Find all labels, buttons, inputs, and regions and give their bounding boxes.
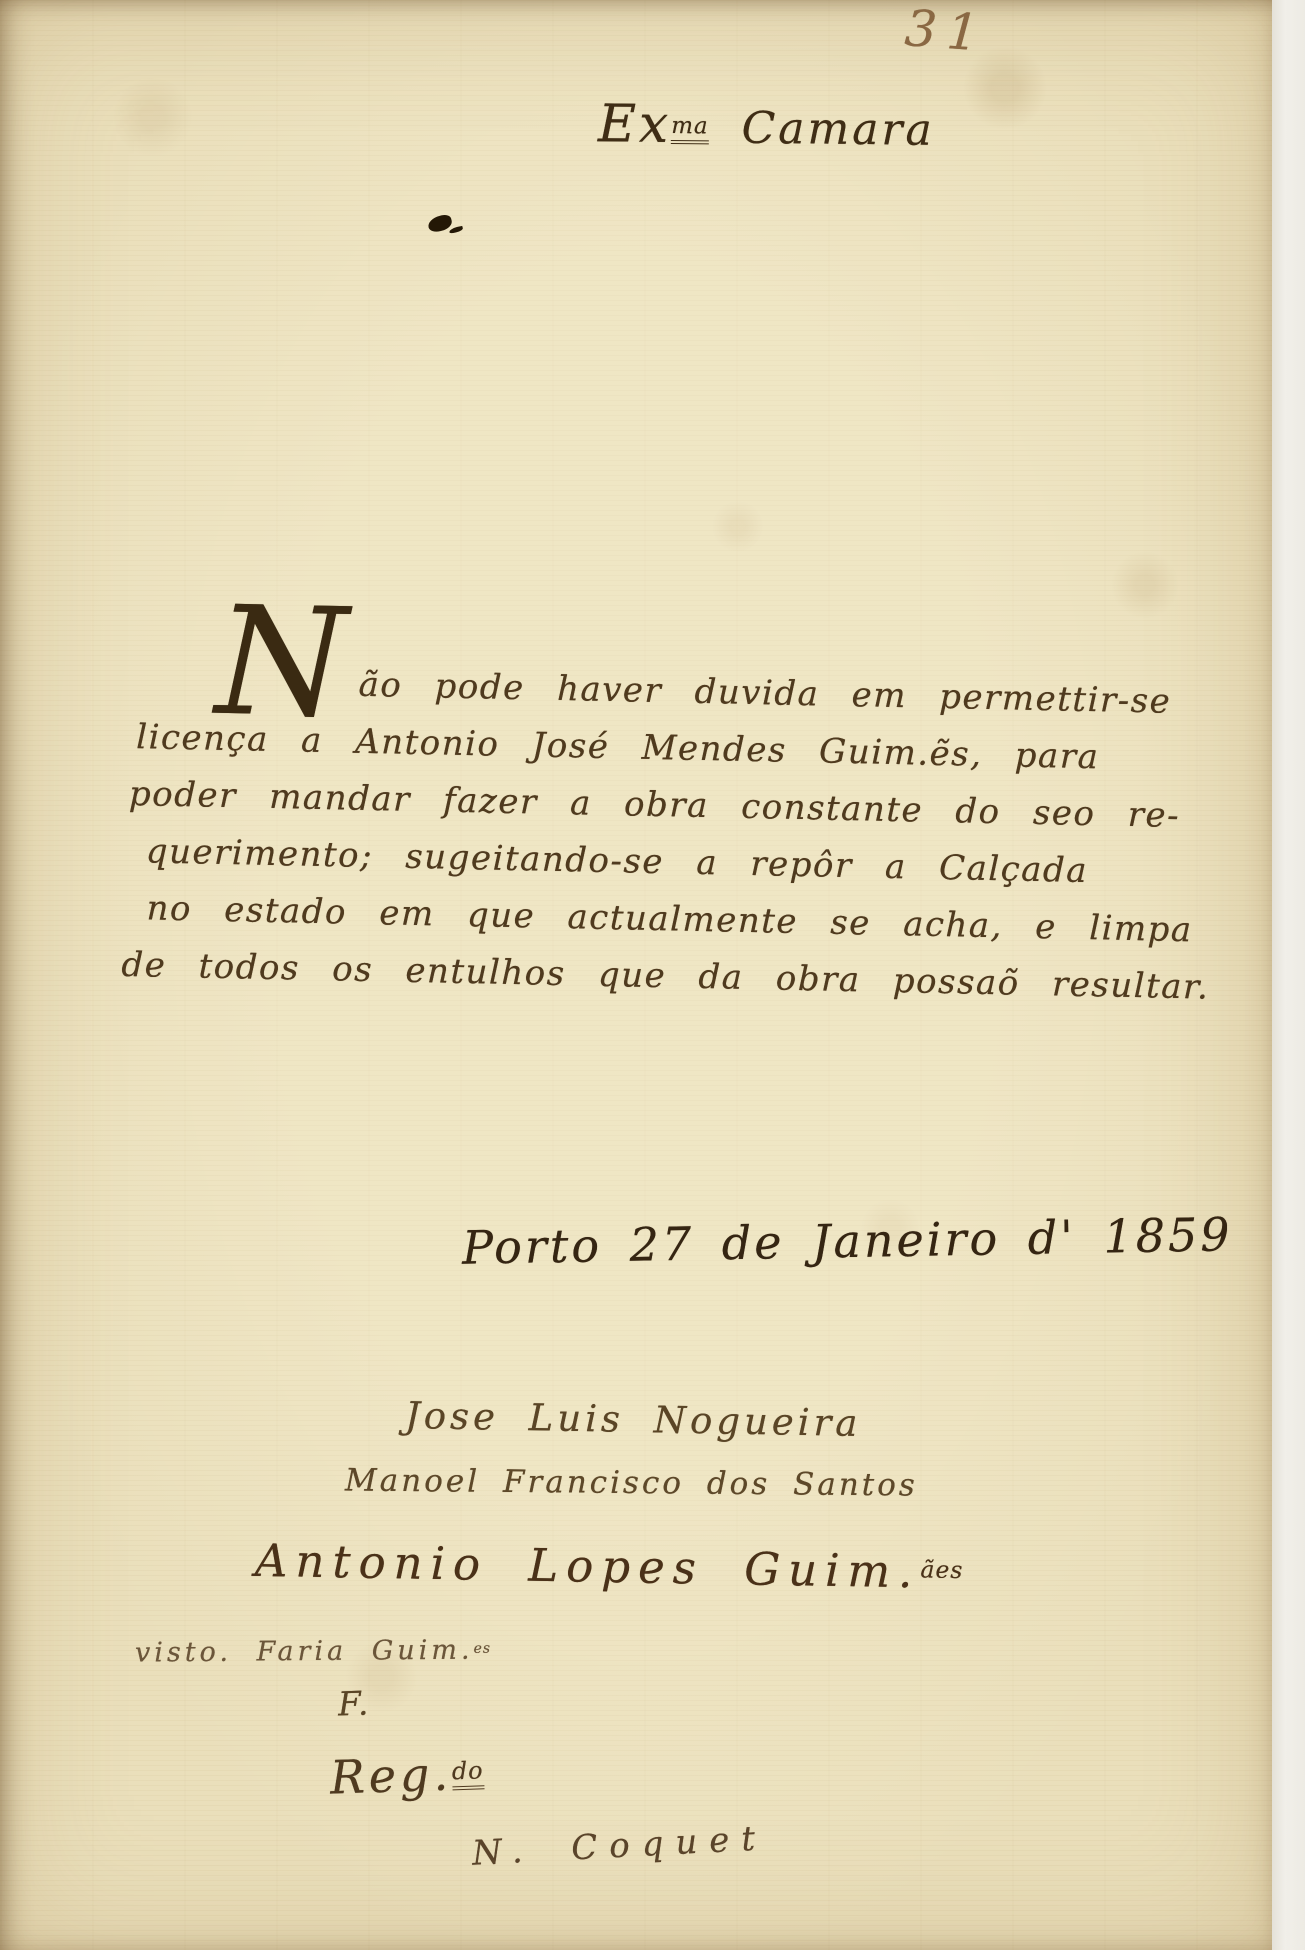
- signature-antonio: Antonio Lopes Guim.ães: [255, 1534, 964, 1599]
- registered-main: Reg.: [329, 1746, 453, 1804]
- body-paragraph: Não pode haver duvida em permettir-se li…: [125, 652, 1092, 1014]
- salutation-abbrev: Ex: [598, 94, 672, 155]
- signature-nogueira: Jose Luis Nogueira: [405, 1394, 862, 1445]
- signature-coquet: N. Coquet: [471, 1818, 768, 1873]
- signature-antonio-main: Antonio Lopes Guim.: [255, 1534, 921, 1599]
- dateline: Porto 27 de Janeiro d' 1859: [462, 1207, 1233, 1274]
- page-number: 31: [903, 0, 990, 63]
- signature-antonio-superscript: ães: [920, 1555, 963, 1584]
- visto-annotation: visto. Faria Guim.es: [135, 1634, 491, 1668]
- ink-blot-mark: [427, 213, 454, 233]
- registered-annotation: Reg.do: [329, 1745, 484, 1804]
- registered-superscript: do: [451, 1756, 484, 1790]
- manuscript-page: 31 Exma Camara Não pode haver duvida em …: [0, 0, 1272, 1950]
- scan-background-strip: [1272, 0, 1305, 1950]
- signature-santos: Manoel Francisco dos Santos: [345, 1463, 918, 1504]
- visto-superscript: es: [473, 1641, 491, 1657]
- salutation-word: Camara: [741, 103, 935, 156]
- visto-main: visto. Faria Guim.: [135, 1635, 474, 1669]
- salutation-line: Exma Camara: [598, 94, 935, 158]
- clerk-initial: F.: [337, 1683, 371, 1723]
- salutation-superscript: ma: [671, 113, 709, 144]
